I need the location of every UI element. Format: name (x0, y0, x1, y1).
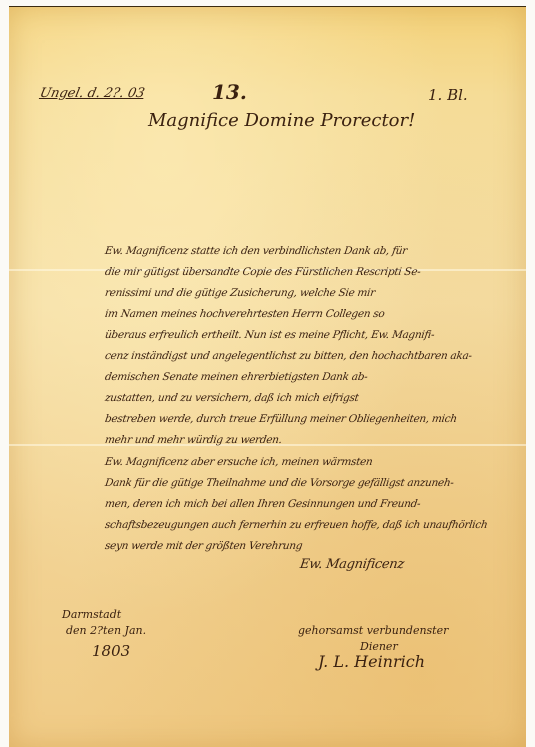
body-line: überaus erfreulich ertheilt. Nun ist es … (104, 329, 435, 341)
body-line: die mir gütigst übersandte Copie des Für… (104, 266, 421, 278)
document-number: 13. (212, 80, 247, 104)
place-line: Darmstadt (62, 608, 121, 621)
folio-note: 1. Bl. (428, 86, 468, 104)
body-line: men, deren ich mich bei allen Ihren Gesi… (104, 498, 421, 510)
body-line: seyn werde mit der größten Verehrung (104, 540, 303, 552)
closing-address: Ew. Magnificenz (299, 557, 405, 572)
body-line: Ew. Magnificenz aber ersuche ich, meinen… (104, 456, 373, 468)
signature-complimentary-close: gehorsamst verbundenster (298, 624, 448, 637)
salutation: Magnifice Domine Prorector! (148, 110, 415, 131)
body-line: im Namen meines hochverehrtesten Herrn C… (104, 308, 385, 320)
body-line: cenz inständigst und angelegentlichst zu… (104, 350, 472, 362)
body-line: Dank für die gütige Theilnahme und die V… (104, 477, 454, 489)
signature-name: J. L. Heinrich (318, 652, 425, 671)
year: 1803 (92, 642, 130, 660)
body-line: renissimi und die gütige Zusicherung, we… (104, 287, 376, 299)
date-line: den 2?ten Jan. (66, 624, 146, 637)
body-line: zustatten, und zu versichern, daß ich mi… (104, 392, 359, 404)
body-line: mehr und mehr würdig zu werden. (104, 434, 282, 446)
body-line: Ew. Magnificenz statte ich den verbindli… (104, 245, 408, 257)
left-margin-note: Ungel. d. 2?. 03 (38, 86, 146, 101)
body-line: bestreben werde, durch treue Erfüllung m… (104, 413, 457, 425)
body-line: demischen Senate meinen ehrerbietigsten … (104, 371, 368, 383)
body-line: schaftsbezeugungen auch fernerhin zu erf… (104, 519, 488, 531)
